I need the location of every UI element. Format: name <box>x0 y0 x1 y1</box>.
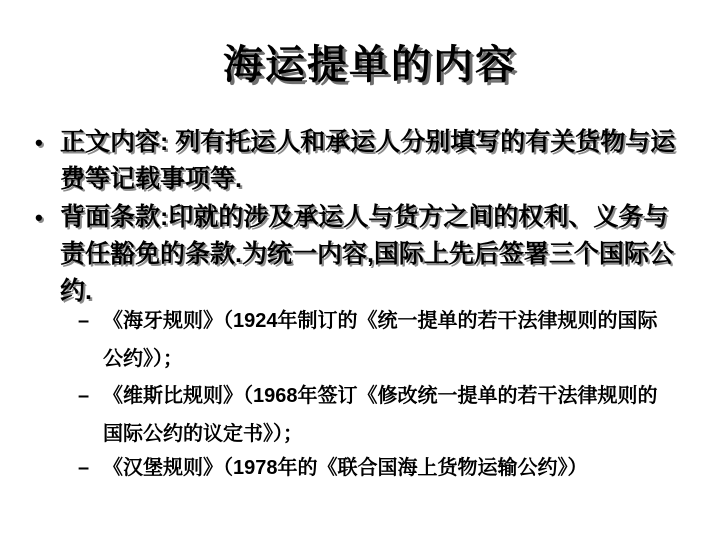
sub-bullet-text: 《维斯比规则》（1968年签订《修改统一提单的若干法律规则的 国际公约的议定书》… <box>103 377 658 453</box>
bullet-text: 正文内容: 列有托运人和承运人分别填写的有关货物与运 费等记载事项等. <box>60 124 675 198</box>
sub-bullet-line: 公约》）； <box>103 340 658 378</box>
bullet-item-back-clauses: • 背面条款:印就的涉及承运人与货方之间的权利、义务与 责任豁免的条款.为统一内… <box>35 199 674 310</box>
slide-title: 海运提单的内容 <box>0 41 720 89</box>
sub-bullet-visby-rules: – 《维斯比规则》（1968年签订《修改统一提单的若干法律规则的 国际公约的议定… <box>78 377 658 453</box>
bullet-dot-icon: • <box>35 199 43 236</box>
bullet-line: 背面条款:印就的涉及承运人与货方之间的权利、义务与 <box>60 199 674 236</box>
sub-bullet-line: 《汉堡规则》（1978年的《联合国海上货物运输公约》） <box>103 449 588 487</box>
dash-marker-icon: – <box>78 449 89 487</box>
sub-bullet-hague-rules: – 《海牙规则》（1924年制订的《统一提单的若干法律规则的国际 公约》）； <box>78 302 658 378</box>
sub-bullet-text: 《海牙规则》（1924年制订的《统一提单的若干法律规则的国际 公约》）； <box>103 302 658 378</box>
bullet-line: 责任豁免的条款.为统一内容,国际上先后签署三个国际公 <box>60 236 674 273</box>
sub-bullet-line: 《海牙规则》（1924年制订的《统一提单的若干法律规则的国际 <box>103 302 658 340</box>
slide: 海运提单的内容 • 正文内容: 列有托运人和承运人分别填写的有关货物与运 费等记… <box>0 0 720 540</box>
bullet-line: 费等记载事项等. <box>60 161 675 198</box>
bullet-line: 正文内容: 列有托运人和承运人分别填写的有关货物与运 <box>60 124 675 161</box>
dash-marker-icon: – <box>78 377 89 415</box>
sub-bullet-line: 《维斯比规则》（1968年签订《修改统一提单的若干法律规则的 <box>103 377 658 415</box>
dash-marker-icon: – <box>78 302 89 340</box>
bullet-text: 背面条款:印就的涉及承运人与货方之间的权利、义务与 责任豁免的条款.为统一内容,… <box>60 199 674 310</box>
bullet-dot-icon: • <box>35 124 43 161</box>
sub-bullet-line: 国际公约的议定书》）； <box>103 415 658 453</box>
bullet-item-main-text: • 正文内容: 列有托运人和承运人分别填写的有关货物与运 费等记载事项等. <box>35 124 675 198</box>
sub-bullet-hamburg-rules: – 《汉堡规则》（1978年的《联合国海上货物运输公约》） <box>78 449 588 487</box>
sub-bullet-text: 《汉堡规则》（1978年的《联合国海上货物运输公约》） <box>103 449 588 487</box>
